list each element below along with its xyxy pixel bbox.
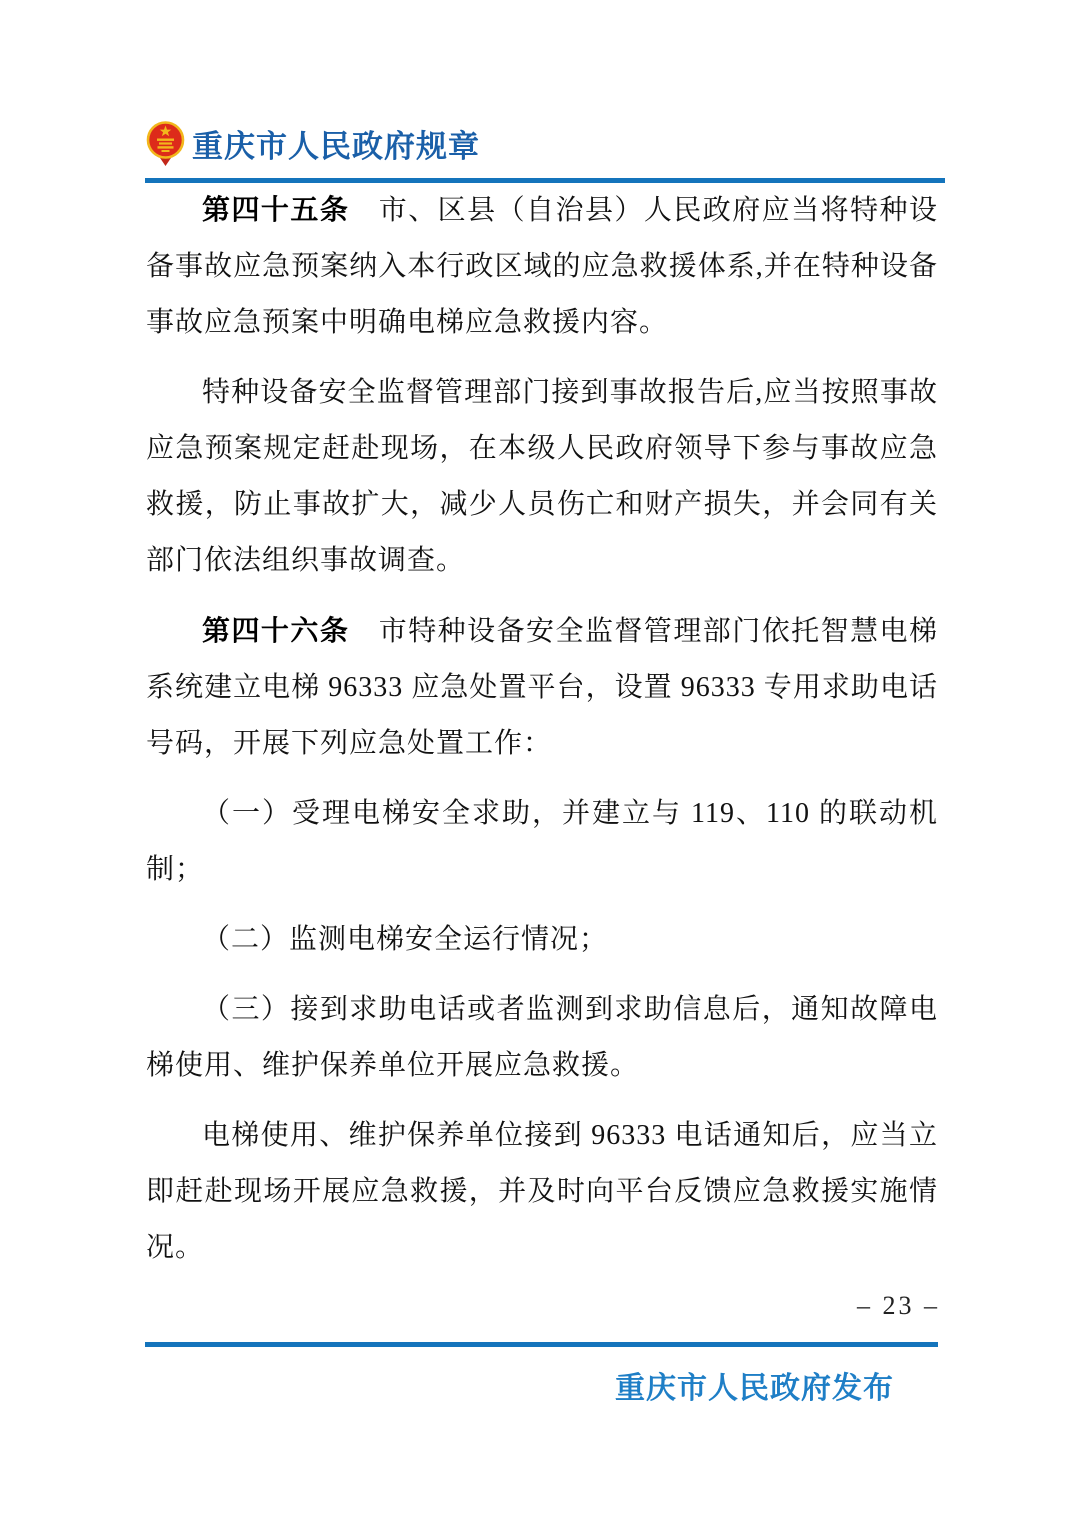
paragraph: 电梯使用、维护保养单位接到 96333 电话通知后，应当立即赶赴现场开展应急救援… (146, 1108, 938, 1276)
page-header-title: 重庆市人民政府规章 (192, 121, 480, 166)
paragraph: （一）受理电梯安全求助，并建立与 119、110 的联动机制； (146, 786, 938, 898)
paragraph: 第四十五条 市、区县（自治县）人民政府应当将特种设备事故应急预案纳入本行政区域的… (146, 182, 938, 351)
paragraph: （三）接到求助电话或者监测到求助信息后，通知故障电梯使用、维护保养单位开展应急救… (146, 982, 938, 1094)
article-term: 第四十五条 (202, 194, 349, 225)
footer-rule (145, 1342, 938, 1347)
document-body: 第四十五条 市、区县（自治县）人民政府应当将特种设备事故应急预案纳入本行政区域的… (146, 168, 938, 1276)
paragraph: （二）监测电梯安全运行情况； (146, 912, 938, 968)
publisher-label: 重庆市人民政府发布 (615, 1363, 894, 1407)
paragraph: 特种设备安全监督管理部门接到事故报告后,应当按照事故应急预案规定赶赴现场，在本级… (146, 365, 938, 589)
paragraph: 第四十六条 市特种设备安全监督管理部门依托智慧电梯系统建立电梯 96333 应急… (146, 603, 938, 772)
page-number: – 23 – (857, 1291, 940, 1321)
article-term: 第四十六条 (202, 615, 349, 646)
china-national-emblem-icon (146, 119, 185, 167)
document-page: 重庆市人民政府规章 第四十五条 市、区县（自治县）人民政府应当将特种设备事故应急… (0, 0, 1074, 1520)
page-header: 重庆市人民政府规章 (146, 119, 480, 167)
